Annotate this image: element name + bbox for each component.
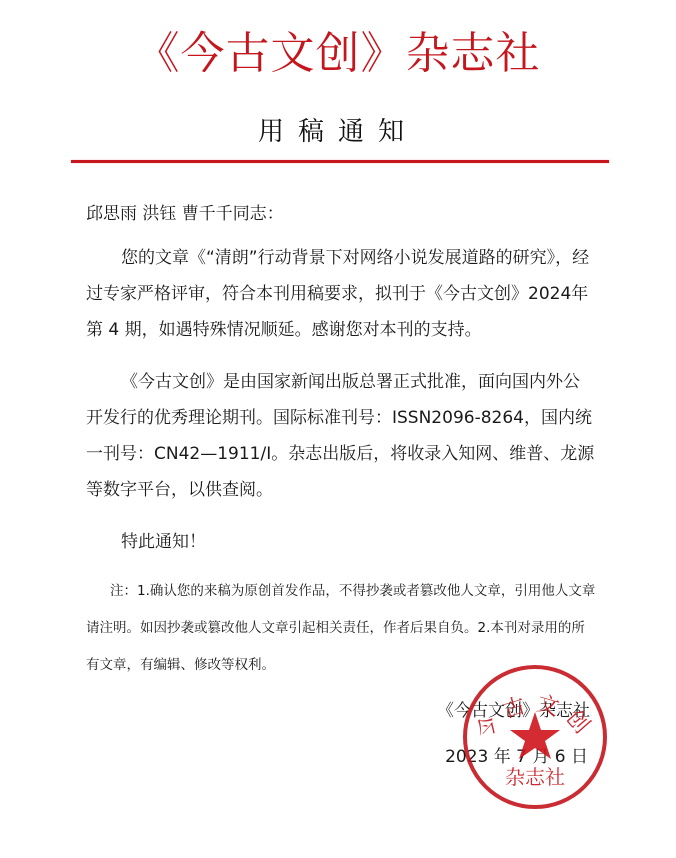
closing-line: 特此通知！ <box>86 524 596 560</box>
body-paragraph-acceptance: 您的文章《“清朗”行动背景下对网络小说发展道路的研究》，经过专家严格评审，符合本… <box>86 240 596 348</box>
signature-date: 2023 年 7 月 6 日 <box>420 742 588 772</box>
footnote: 注：1.确认您的来稿为原创首发作品，不得抄袭或者篡改他人文章，引用他人文章请注明… <box>86 573 598 684</box>
official-seal: 今古文创 杂志社 <box>462 664 608 810</box>
notice-title: 用稿通知 <box>0 112 676 152</box>
title-divider <box>71 160 609 163</box>
masthead-title: 《今古文创》杂志社 <box>0 22 676 86</box>
signature-organization: 《今古文创》杂志社 <box>420 696 590 726</box>
salutation: 邱思雨 洪钰 曹千千同志： <box>86 196 596 232</box>
body-paragraph-journal-info: 《今古文创》是由国家新闻出版总署正式批准，面向国内外公开发行的优秀理论期刊。国际… <box>86 364 596 508</box>
